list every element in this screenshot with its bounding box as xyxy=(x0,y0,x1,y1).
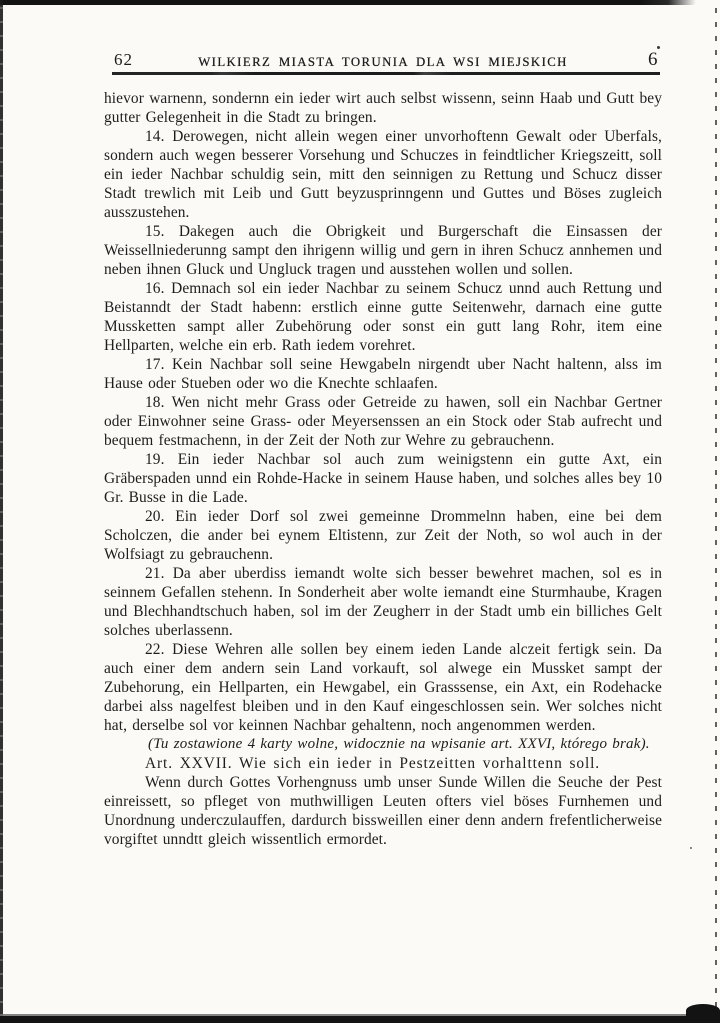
paragraph-17: 17. Kein Nachbar soll seine Hewgabeln ni… xyxy=(104,355,662,393)
page-number-right: 6 xyxy=(648,49,658,71)
scan-edge-top xyxy=(0,0,696,5)
header-rule xyxy=(112,72,660,75)
scan-edge-bottom xyxy=(0,1014,720,1023)
paragraph-15: 15. Dakegen auch die Obrigkeit und Burge… xyxy=(104,222,662,279)
page-body: hievor warnenn, sondernn ein ieder wirt … xyxy=(104,89,662,849)
article-27-heading: Art. XXVII. Wie sich ein ieder in Pestze… xyxy=(104,754,662,773)
running-title: WILKIERZ MIASTA TORUNIA DLA WSI MIEJSKIC… xyxy=(104,55,662,70)
paragraph-16: 16. Demnach sol ein ieder Nachbar zu sei… xyxy=(104,279,662,355)
paragraph-19: 19. Ein ieder Nachbar sol auch zum weini… xyxy=(104,450,662,507)
paragraph-continuation: hievor warnenn, sondernn ein ieder wirt … xyxy=(104,89,662,127)
scanned-book-page: 62 WILKIERZ MIASTA TORUNIA DLA WSI MIEJS… xyxy=(0,0,720,1023)
paragraph-20: 20. Ein ieder Dorf sol zwei gemeinne Dro… xyxy=(104,507,662,564)
scan-edge-left xyxy=(0,0,3,1023)
ink-speck-margin xyxy=(690,847,692,849)
paragraph-22: 22. Diese Wehren alle sollen bey einem i… xyxy=(104,640,662,735)
editorial-note: (Tu zostawione 4 karty wolne, widocznie … xyxy=(104,735,662,754)
paragraph-21: 21. Da aber uberdiss iemandt wolte sich … xyxy=(104,564,662,640)
paragraph-14: 14. Derowegen, nicht allein wegen einer … xyxy=(104,127,662,222)
paragraph-article-27: Wenn durch Gottes Vorhengnuss umb unser … xyxy=(104,773,662,849)
paragraph-18: 18. Wen nicht mehr Grass oder Getreide z… xyxy=(104,393,662,450)
scan-smudge-bottom-right xyxy=(686,1004,720,1017)
scan-edge-right xyxy=(715,8,717,1023)
